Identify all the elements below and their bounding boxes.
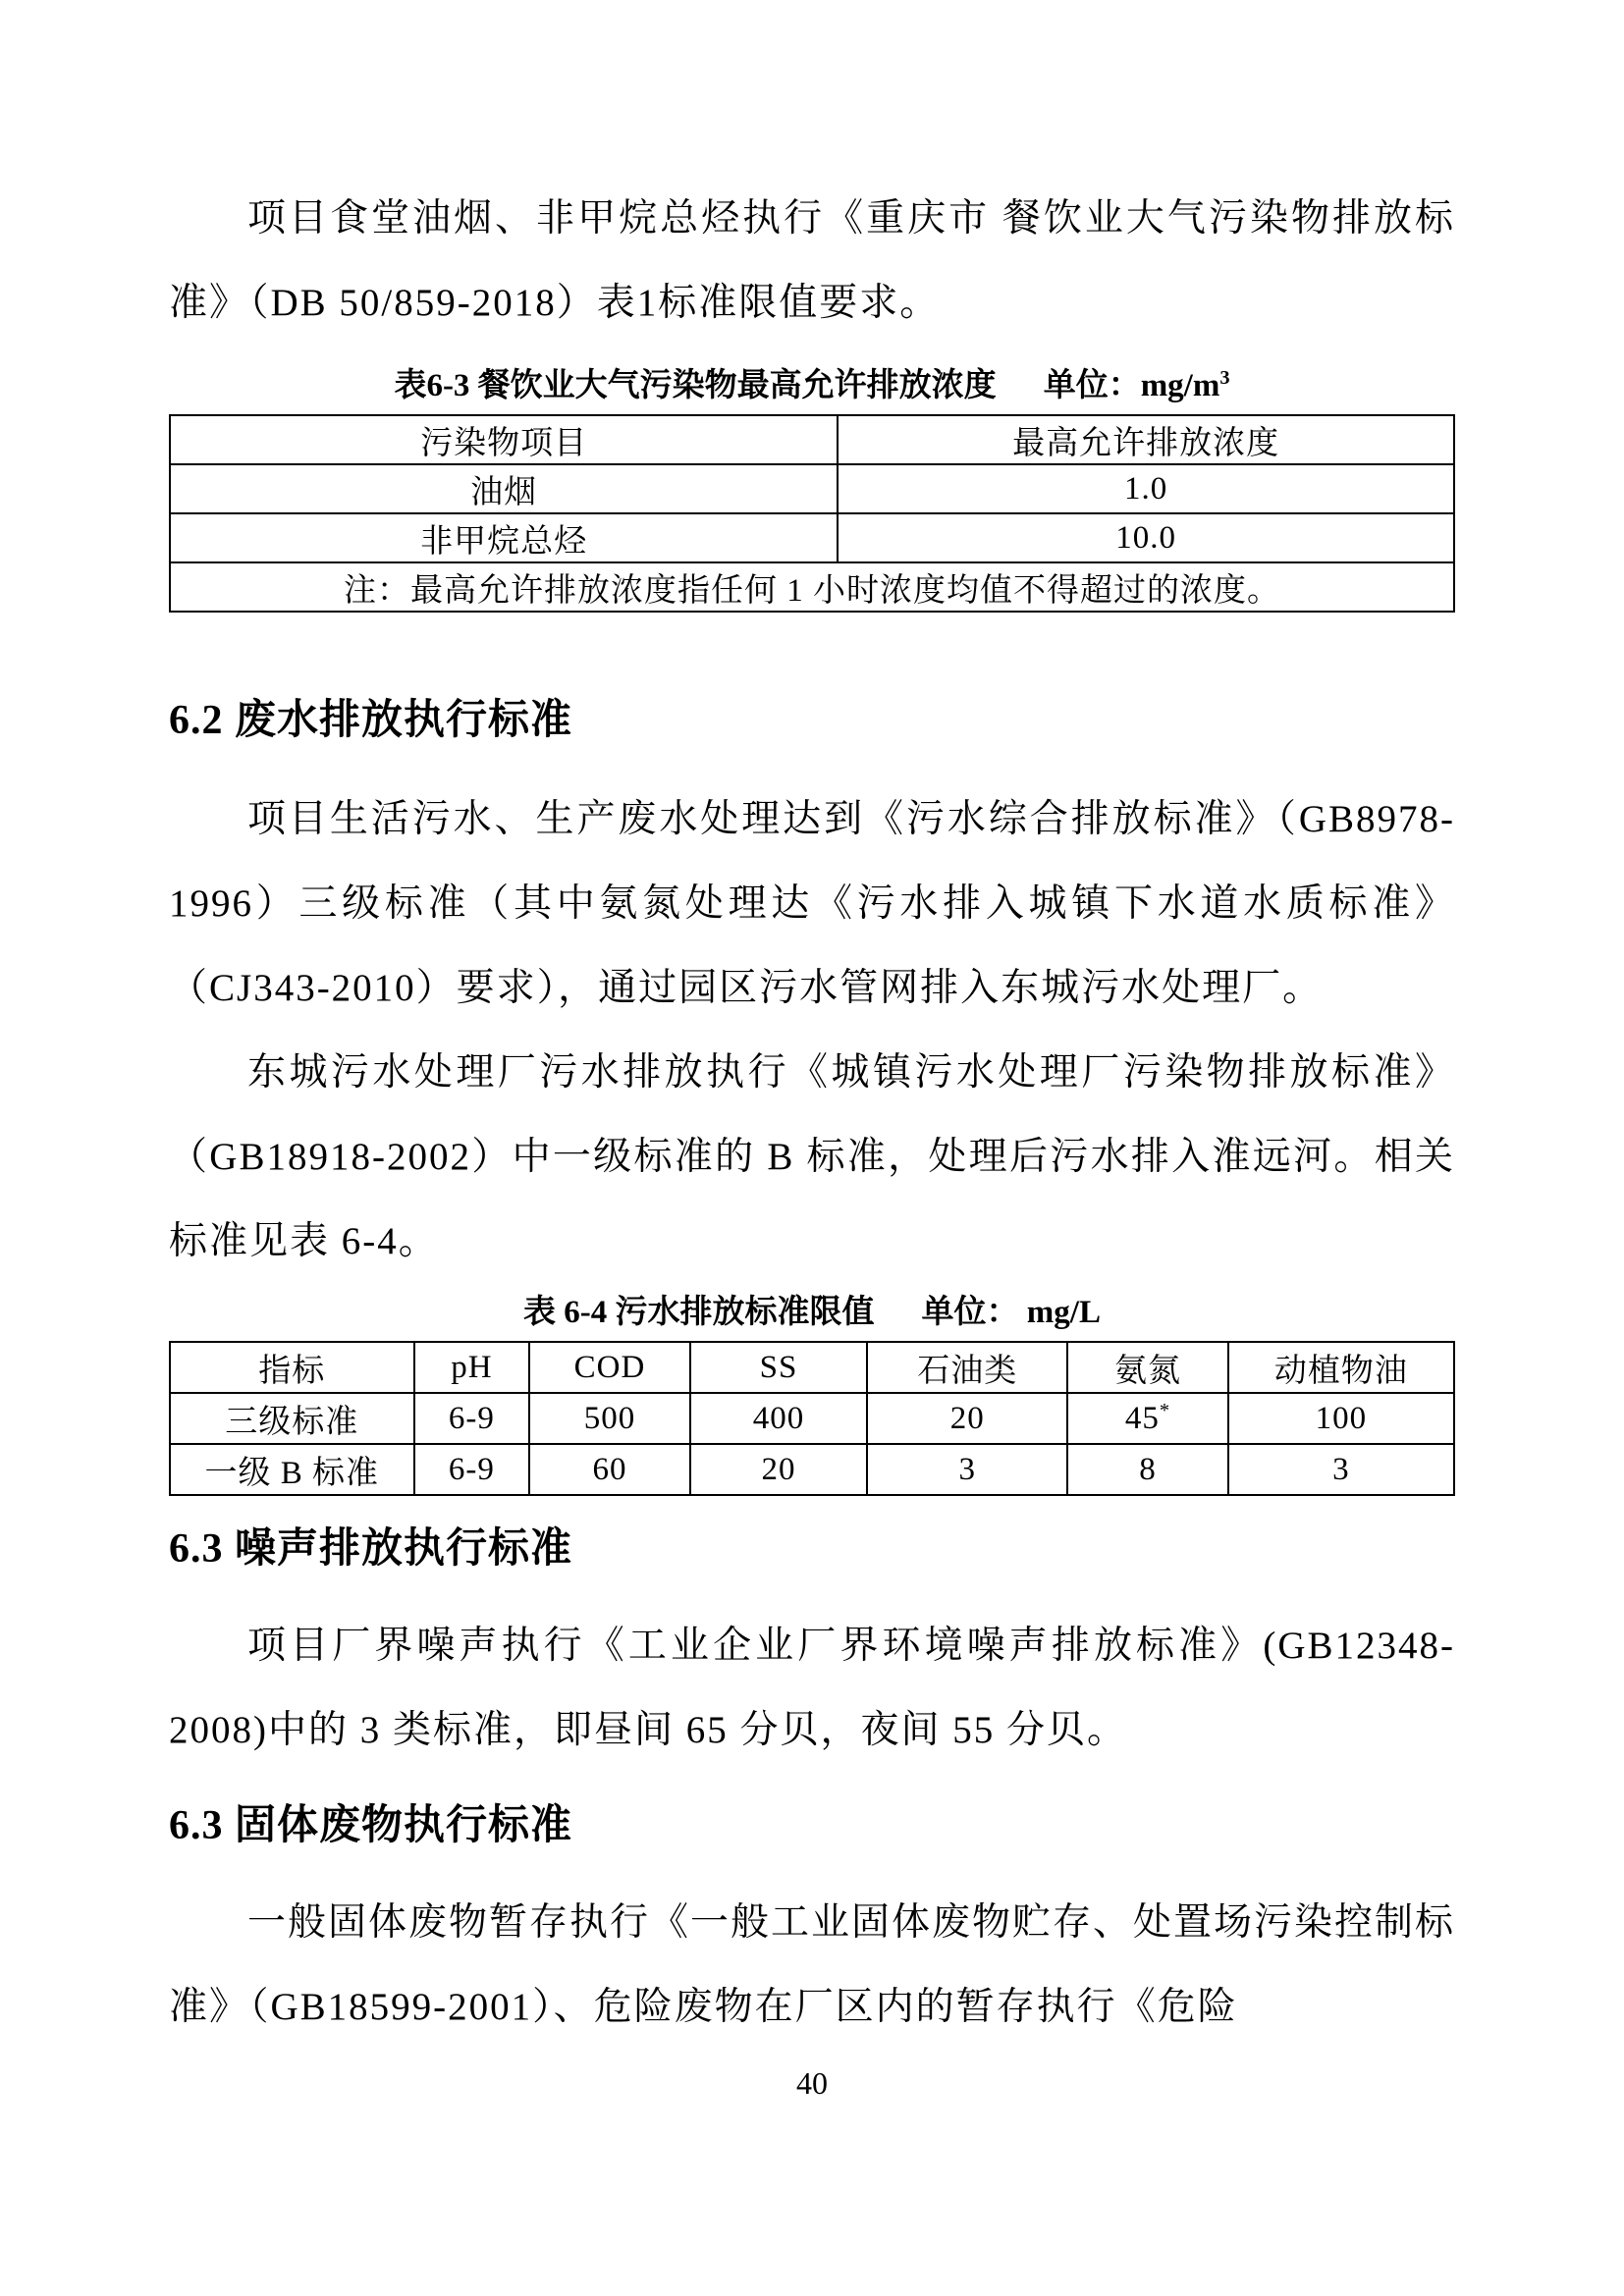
section-6-3-solid-heading: 6.3 固体废物执行标准 <box>169 1796 1455 1855</box>
table-6-4-row2-ph: 6-9 <box>414 1444 530 1495</box>
table-6-4: 指标 pH COD SS 石油类 氨氮 动植物油 三级标准 6-9 500 40… <box>169 1341 1455 1496</box>
table-6-3-caption-title: 表6-3 餐饮业大气污染物最高允许排放浓度 <box>394 368 996 403</box>
table-6-4-unit-label: 单位： mg/L <box>922 1295 1101 1330</box>
intro-paragraph: 项目食堂油烟、非甲烷总烃执行《重庆市 餐饮业大气污染物排放标准》（DB 50/8… <box>169 177 1455 346</box>
table-6-4-row1-oil: 20 <box>867 1393 1067 1444</box>
table-6-3-unit-label: 单位：mg/m <box>1044 368 1220 403</box>
table-6-4-header-petroleum: 石油类 <box>867 1342 1067 1393</box>
table-6-3-note-row: 注：最高允许排放浓度指任何 1 小时浓度均值不得超过的浓度。 <box>170 562 1454 612</box>
section-6-3-noise-paragraph: 项目厂界噪声执行《工业企业厂界环境噪声排放标准》(GB12348-2008)中的… <box>169 1604 1455 1773</box>
section-6-2-paragraph-2: 东城污水处理厂污水排放执行《城镇污水处理厂污染物排放标准》（GB18918-20… <box>169 1031 1455 1284</box>
table-6-3-unit-superscript: 3 <box>1219 367 1229 389</box>
table-6-4-header-indicator: 指标 <box>170 1342 414 1393</box>
table-row: 油烟 1.0 <box>170 464 1454 513</box>
section-6-3-noise-heading: 6.3 噪声排放执行标准 <box>169 1520 1455 1578</box>
table-6-4-row2-ammonia: 8 <box>1067 1444 1228 1495</box>
ammonia-value: 45 <box>1125 1401 1160 1436</box>
table-row: 一级 B 标准 6-9 60 20 3 8 3 <box>170 1444 1454 1495</box>
table-row: 非甲烷总烃 10.0 <box>170 513 1454 562</box>
table-6-4-row1-label: 三级标准 <box>170 1393 414 1444</box>
table-6-4-row1-cod: 500 <box>529 1393 690 1444</box>
page-number: 40 <box>169 2061 1455 2105</box>
table-6-3-caption: 表6-3 餐饮业大气污染物最高允许排放浓度单位：mg/m3 <box>169 355 1455 408</box>
table-6-4-header-row: 指标 pH COD SS 石油类 氨氮 动植物油 <box>170 1342 1454 1393</box>
table-6-4-header-cod: COD <box>529 1342 690 1393</box>
table-6-4-header-animal-oil: 动植物油 <box>1228 1342 1454 1393</box>
table-6-4-header-ss: SS <box>690 1342 868 1393</box>
table-6-4-row1-animal-oil: 100 <box>1228 1393 1454 1444</box>
table-6-4-row2-ss: 20 <box>690 1444 868 1495</box>
table-6-3-header-row: 污染物项目 最高允许排放浓度 <box>170 415 1454 464</box>
table-6-3-header-pollutant: 污染物项目 <box>170 415 838 464</box>
table-6-4-caption: 表 6-4 污水排放标准限值单位： mg/L <box>169 1290 1455 1335</box>
section-6-2-heading: 6.2 废水排放执行标准 <box>169 691 1455 750</box>
table-6-3: 污染物项目 最高允许排放浓度 油烟 1.0 非甲烷总烃 10.0 注：最高允许排… <box>169 414 1455 613</box>
table-row: 三级标准 6-9 500 400 20 45* 100 <box>170 1393 1454 1444</box>
ammonia-footnote-marker: * <box>1160 1400 1170 1421</box>
table-6-4-row1-ss: 400 <box>690 1393 868 1444</box>
section-6-3-solid-paragraph: 一般固体废物暂存执行《一般工业固体废物贮存、处置场污染控制标准》（GB18599… <box>169 1881 1455 2050</box>
table-6-3-cell-value: 10.0 <box>838 513 1454 562</box>
table-6-4-row1-ammonia: 45* <box>1067 1393 1228 1444</box>
table-6-4-header-ph: pH <box>414 1342 530 1393</box>
document-page: 项目食堂油烟、非甲烷总烃执行《重庆市 餐饮业大气污染物排放标准》（DB 50/8… <box>0 0 1624 2296</box>
table-6-3-cell-value: 1.0 <box>838 464 1454 513</box>
table-6-3-header-limit: 最高允许排放浓度 <box>838 415 1454 464</box>
table-6-4-caption-title: 表 6-4 污水排放标准限值 <box>523 1295 875 1330</box>
table-6-4-row2-cod: 60 <box>529 1444 690 1495</box>
section-6-2-paragraph-1: 项目生活污水、生产废水处理达到《污水综合排放标准》（GB8978-1996）三级… <box>169 777 1455 1031</box>
table-6-3-note: 注：最高允许排放浓度指任何 1 小时浓度均值不得超过的浓度。 <box>170 562 1454 612</box>
table-6-4-row1-ph: 6-9 <box>414 1393 530 1444</box>
table-6-4-row2-animal-oil: 3 <box>1228 1444 1454 1495</box>
table-6-4-header-ammonia: 氨氮 <box>1067 1342 1228 1393</box>
table-6-4-row2-oil: 3 <box>867 1444 1067 1495</box>
table-6-3-cell-name: 非甲烷总烃 <box>170 513 838 562</box>
table-6-4-row2-label: 一级 B 标准 <box>170 1444 414 1495</box>
table-6-3-cell-name: 油烟 <box>170 464 838 513</box>
